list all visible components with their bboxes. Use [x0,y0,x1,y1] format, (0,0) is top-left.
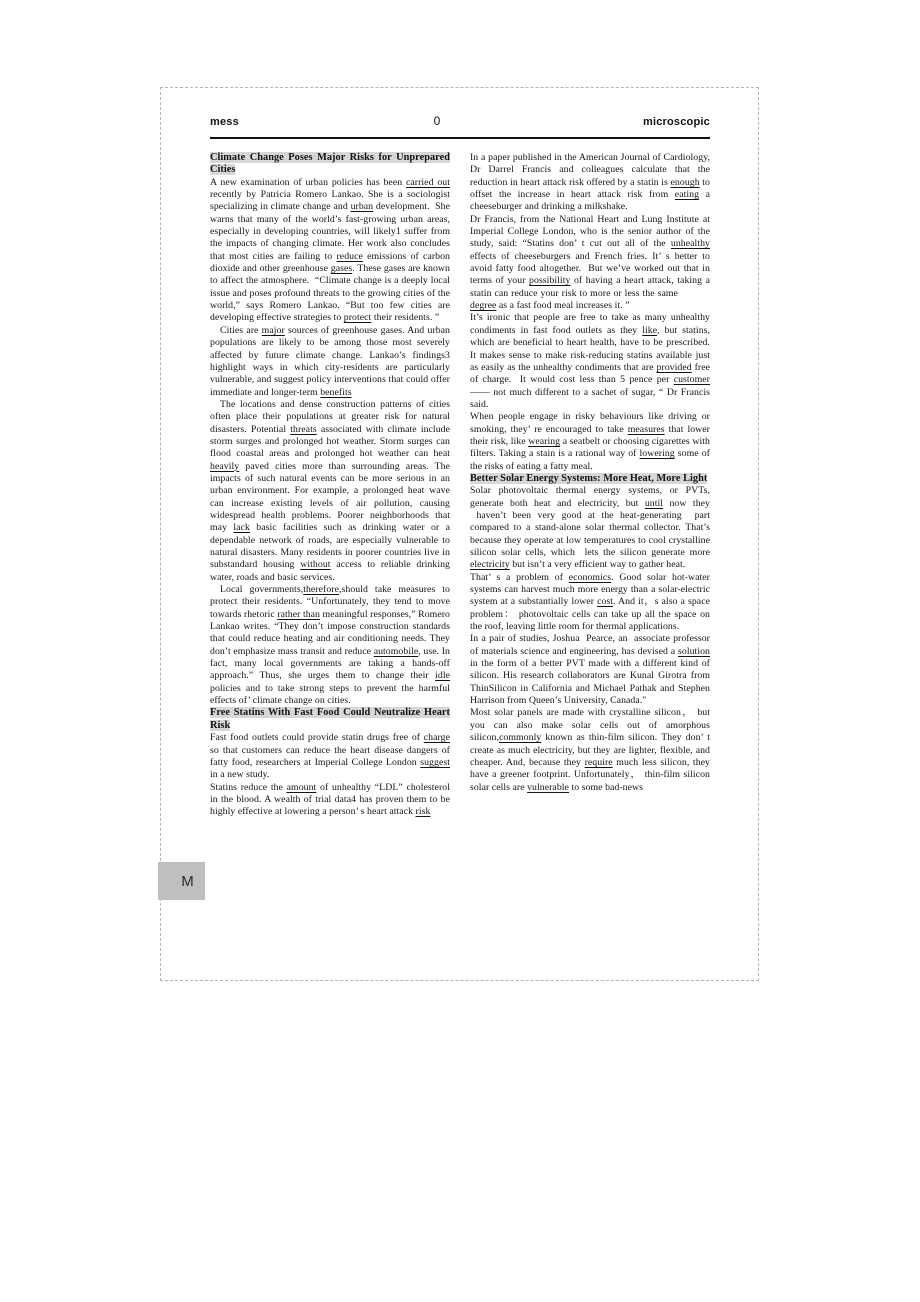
underlined-word: automobile [374,646,419,657]
underlined-word: benefits [320,387,351,398]
underlined-word: customer [674,374,710,385]
heading-highlight: Free Statins With Fast Food Could Neutra… [210,707,450,730]
underlined-word: therefore [303,584,339,595]
document-page: mess 0 microscopic Climate Change Poses … [0,0,920,1302]
underlined-word: like [642,325,657,336]
paragraph: Dr Francis, from the National Heart and … [470,214,710,313]
underlined-word: commonly [499,732,541,743]
text-run: policies and to take strong steps to pre… [210,683,450,706]
underlined-word: measures [628,424,665,435]
text-run: their residents. ” [371,312,439,323]
text-run: but isn’t a very efficient way to gather… [510,559,686,570]
margin-marker: M [158,862,205,900]
underlined-word: risk [416,806,431,817]
text-run: Fast food outlets could provide statin d… [210,732,424,743]
margin-marker-letter: M [181,873,194,890]
text-run: Free Statins With Fast Food Could Neutra… [210,707,450,730]
text-run: as a fast food meal increases it. ” [496,300,629,311]
paragraph: That’ s a problem of economics. Good sol… [470,572,710,634]
section-heading: Free Statins With Fast Food Could Neutra… [210,707,450,732]
underlined-word: threats [290,424,316,435]
underlined-word: major [262,325,285,336]
underlined-word: heavily [210,461,239,472]
right-column: In a paper published in the American Jou… [470,152,710,819]
underlined-word: charge [424,732,450,743]
underlined-word: carried out [406,177,450,188]
underlined-word: provided [656,362,691,373]
left-column: Climate Change Poses Major Risks for Unp… [210,152,450,819]
header-right-word: microscopic [643,116,710,128]
paragraph: When people engage in risky behaviours l… [470,411,710,473]
text-run: Local governments, [220,584,303,595]
underlined-word: economics [569,572,611,583]
page-content: mess 0 microscopic Climate Change Poses … [210,114,710,819]
underlined-word: protect [344,312,372,323]
header-page-number: 0 [434,114,441,128]
text-run: so that customers can reduce the heart d… [210,745,450,768]
underlined-word: unhealthy [671,238,710,249]
text-run: Better Solar Energy Systems: More Heat, … [470,473,707,484]
underlined-word: solution [678,646,710,657]
paragraph: Cities are major sources of greenhouse g… [210,325,450,399]
underlined-word: rather than [277,609,320,620]
underlined-word: degree [470,300,496,311]
paragraph: A new examination of urban policies has … [210,177,450,325]
underlined-word: urban [351,201,374,212]
text-run: That’ s a problem of [470,572,569,583]
underlined-word: until [645,498,663,509]
text-run: Climate Change Poses Major Risks for Unp… [210,152,450,175]
underlined-word: idle [435,670,450,681]
text-run: in a new study. [210,769,269,780]
underlined-word: reduce [336,251,362,262]
underlined-word: possibility [529,275,570,286]
page-header: mess 0 microscopic [210,114,710,139]
section-heading: Better Solar Energy Systems: More Heat, … [470,473,710,485]
underlined-word: cost [597,596,613,607]
underlined-word: electricity [470,559,510,570]
text-run: to some bad-news [569,782,643,793]
text-run: in the form of a better PVT made with a … [470,658,710,706]
paragraph: In a paper published in the American Jou… [470,152,710,214]
underlined-word: require [585,757,613,768]
underlined-word: amount [287,782,317,793]
paragraph: In a pair of studies, Joshua Pearce, an … [470,633,710,707]
underlined-word: enough [671,177,700,188]
section-heading: Climate Change Poses Major Risks for Unp… [210,152,450,177]
underlined-word: lowering [640,448,675,459]
underlined-word: gases [331,263,352,274]
two-column-body: Climate Change Poses Major Risks for Unp… [210,152,710,819]
paragraph: Most solar panels are made with crystall… [470,707,710,793]
header-left-word: mess [210,116,239,128]
text-run: —— not much different to a sachet of sug… [470,387,710,410]
paragraph: Local governments,therefore,should take … [210,584,450,707]
underlined-word: eating [675,189,699,200]
underlined-word: lack [233,522,250,533]
heading-highlight: Better Solar Energy Systems: More Heat, … [470,473,707,484]
underlined-word: vulnerable [527,782,569,793]
paragraph: It’s ironic that people are free to take… [470,312,710,411]
paragraph: The locations and dense construction pat… [210,399,450,584]
text-run: Statins reduce the [210,782,287,793]
underlined-word: suggest [420,757,450,768]
underlined-word: wearing [528,436,560,447]
text-run: A new examination of urban policies has … [210,177,406,188]
underlined-word: without [300,559,330,570]
paragraph: Statins reduce the amount of unhealthy “… [210,782,450,819]
heading-highlight: Climate Change Poses Major Risks for Unp… [210,152,450,175]
text-run: In a pair of studies, Joshua Pearce, an … [470,633,710,656]
paragraph: Solar photovoltaic thermal energy system… [470,485,710,571]
text-run: Cities are [220,325,262,336]
paragraph: Fast food outlets could provide statin d… [210,732,450,781]
